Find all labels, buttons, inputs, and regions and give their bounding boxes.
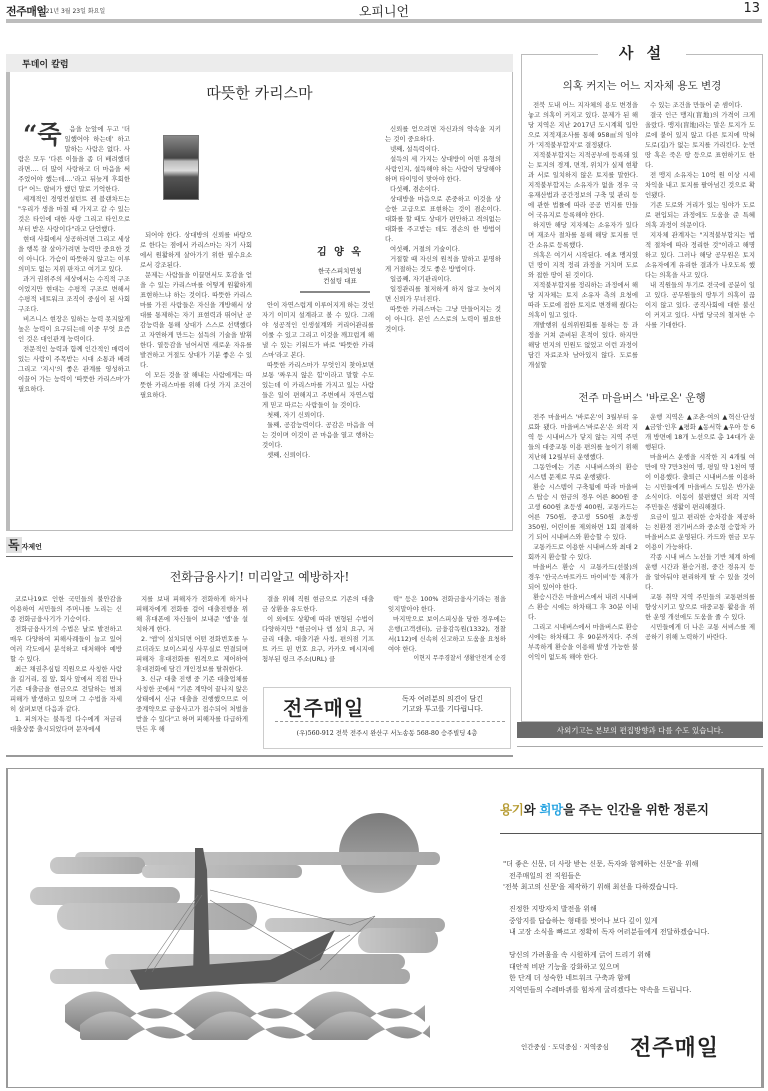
paragraph: 하지만 해당 지자체는 소유자가 있다며 재조사 절차를 통해 해당 토지를 민…: [528, 220, 638, 250]
lead-quote: “죽: [18, 125, 62, 145]
paragraph: 과거 권위주의 세상에서는 수직적 구조이었지만 현대는 수평적 구조로 변해서…: [18, 274, 130, 314]
paragraph: 세계적인 경영컨설턴트 켄 블랜차드는 "우리가 생을 마칠 때 가지고 갈 수…: [18, 194, 130, 234]
paragraph: 의혹은 여기서 시작된다. 애초 맹지였던 땅이 지적 정리 과정을 거치며 도…: [528, 250, 638, 280]
editorial-headline-2: 전주 마을버스 '바로온' 운행: [521, 390, 763, 405]
paragraph: 여섯째, 거절의 기술이다.: [385, 244, 501, 254]
paragraph: 전문적인 능력과 함께 인간적인 매력이 있는 사람이 주목받는 시대 소통과 …: [18, 344, 130, 394]
contribute-message-line: 기고와 투고를 기다립니다.: [380, 704, 505, 714]
ad-paragraph-2: 진정한 지방자치 발전을 위해 중앙지를 답습하는 형태를 벗어나 보다 깊이 …: [509, 904, 709, 939]
reader-signature: 이현지 무주경찰서 생활안전계 순경: [388, 654, 506, 664]
reader-col-1: 코로나19로 인한 국민들의 불안감을 이용하여 서민들의 주머니를 노리는 신…: [10, 594, 122, 734]
reader-col-2: 지를 보내 피해자가 전화하게 하거나 피해자에게 전화를 걸어 대출진행을 위…: [136, 594, 248, 734]
ad-slogan: 용기와 희망을 주는 인간을 위한 정론지: [500, 800, 709, 818]
reader-col-3: 결을 위해 직원 현금으로 기존의 대출금 상환을 유도한다. 이 외에도 상황…: [262, 594, 374, 664]
contribute-divider: [275, 721, 505, 722]
paragraph: 전화금융사기의 수법은 날로 발전하고 매우 다양하여 피해사례들이 늘고 있어…: [10, 624, 122, 664]
today-col-3: 안이 자연스럽게 이루어지게 하는 것인 자기 이미지 설계라고 볼 수 있다.…: [262, 300, 374, 460]
editorial-2-col-2: 운행 지역은 ▲조촌·여의 ▲혁신·단성 ▲금암·인후 ▲평화 ▲동서학 ▲우아…: [645, 412, 755, 642]
paragraph: 환승 시스템이 구축됨에 따라 마을버스 탑승 시 현금의 경우 어른 800원…: [528, 482, 638, 542]
paragraph: 결국 인근 맹지(盲地)의 가격이 크게 올랐다. 맹지(盲地)라는 말은 토지…: [645, 110, 755, 170]
reader-col-4: 릭" 등은 100% 전화금융사기라는 점을 잊지말아야 한다. 마지막으로 보…: [388, 594, 506, 664]
editorial-2-col-1: 전주 마을버스 '바로온'이 3월부터 유료화 됐다. 마을버스'바로온'은 외…: [528, 412, 638, 662]
ship-illustration: [20, 800, 460, 1040]
ad-line: 대안적 비판 기능을 강화하고 있으며: [509, 962, 691, 974]
ad-rule: [500, 833, 762, 834]
ad-line: '전북 최고의 신문'을 제작하기 위해 최선을 다하겠습니다.: [503, 882, 698, 894]
ad-logo: 전주매일: [630, 1031, 719, 1062]
paragraph: 그동안에는 기존 시내버스와의 환승 시스템 문제로 무료 운행됐다.: [528, 462, 638, 482]
paragraph: 3. 신규 대출 진행 중 기존 대출업체를 사칭한 곳에서 "기존 계약이 끝…: [136, 674, 248, 734]
paragraph: 일정관리를 철저하게 하지 않고 늦어지면 신뢰가 무너진다.: [385, 284, 501, 304]
slogan-hope: 희망: [539, 802, 563, 817]
paragraph: 설득의 세 가지는 상대방이 어떤 유형의 사람인지, 설득해야 하는 사람이 …: [385, 154, 501, 184]
paragraph: 환승시간은 마을버스에서 내려 시내버스 환승 시에는 하차태그 후 30분 이…: [528, 592, 638, 622]
author-affiliation: 한국스피치연칭 컨설팅 대표: [300, 266, 380, 286]
reader-label-small: 자제언: [22, 543, 42, 551]
paragraph: 시민들에게 더 나은 교통 서비스를 제공하기 위해 노력하기 바란다.: [645, 622, 755, 642]
reader-bottom-rule: [6, 755, 513, 757]
today-column-label: 투데이 칼럼: [6, 54, 513, 72]
paragraph: 마지막으로 보이스피싱을 당한 경우에는 은행(고객센터), 금융감독원(133…: [388, 614, 506, 654]
ad-line: "더 좋은 신문, 더 사랑 받는 신문, 독자와 함께하는 신문"을 위해: [503, 859, 698, 871]
contribute-address: (우)560-912 전북 전주시 완산구 서노송동 568-80 승주빌딩 4…: [263, 728, 511, 737]
ad-line: 지역민들의 수레바퀴를 힘차게 굴리겠다는 약속을 드립니다.: [509, 985, 691, 997]
contribute-logo: 전주매일: [283, 692, 364, 721]
author-name: 김 양 옥: [300, 243, 380, 258]
editorial-title: 사 설: [598, 42, 686, 63]
paragraph: 지적불부합지를 정리하는 과정에서 해당 지자체는 토지 소유자 측의 요청에 …: [528, 280, 638, 320]
paragraph: 되어야 한다. 상대방의 신뢰를 바탕으로 한다는 점에서 카리스마는 자기 사…: [140, 230, 252, 270]
paragraph: 운행 지역은 ▲조촌·여의 ▲혁신·단성 ▲금암·인후 ▲평화 ▲동서학 ▲우아…: [645, 412, 755, 452]
paragraph: 1. 피의자는 불특정 다수에게 저금리 대출상품 출시되었다며 문자메세: [10, 714, 122, 734]
paragraph: 셋째, 신뢰이다.: [262, 450, 374, 460]
ad-line: 진정한 지방자치 발전을 위해: [509, 904, 709, 916]
paragraph: 각종 시내 버스 노선들 기반 체계 하에 운행 시간과 환승거점, 중간 경유…: [645, 552, 755, 592]
ad-line: 내 고장 소식을 빠르고 정확히 독자 여러분들에게 전달하겠습니다.: [509, 927, 709, 939]
section-title: 오피니언: [0, 1, 768, 20]
paragraph: 요금이 있고 편리한 승차감을 제공하는 친환경 전기버스와 중소형 승합차 카…: [645, 512, 755, 552]
paragraph: 그리고 시내버스에서 마을버스로 환승 시에는 하차태그 후 90분까지다. 주…: [528, 622, 638, 662]
page-number: 13: [743, 1, 760, 16]
author-role: 컨설팅 대표: [300, 276, 380, 286]
paragraph: 전북 도내 어느 지자체의 용도 변경을 놓고 의혹이 커지고 있다. 문제가 …: [528, 100, 638, 150]
paragraph: 릭" 등은 100% 전화금융사기라는 점을 잊지말아야 한다.: [388, 594, 506, 614]
paragraph: 마을버스 운행을 시작한 지 4개월 여 만에 약 7만3천여 명, 평일 약 …: [645, 452, 755, 512]
reader-label-big: 독: [6, 537, 22, 553]
paragraph: 지적불부합지는 지적공부에 등록돼 있는 토지의 경계, 면적, 위치가 실제 …: [528, 150, 638, 220]
paragraph: 지를 보내 피해자가 전화하게 하거나 피해자에게 전화를 걸어 대출진행을 위…: [136, 594, 248, 634]
editorial-1-col-1: 전북 도내 어느 지자체의 용도 변경을 놓고 의혹이 커지고 있다. 문제가 …: [528, 100, 638, 370]
paragraph: 따뜻한 카리스마가 무엇인지 찾아보면 보통 '짜우지 않은 힘'이라고 말할 …: [262, 360, 374, 410]
ad-paragraph-3: 당신의 가려움을 속 시원하게 긁어 드리기 위해 대안적 비판 기능을 강화하…: [509, 950, 691, 996]
paragraph: 상대방을 마음으로 존중하고 이것을 상승한 고급으로 표현하는 것이 겸손이다…: [385, 194, 501, 244]
paragraph: 수 있는 조건을 만들어 준 셈이다.: [645, 100, 755, 110]
paragraph: 넷째, 설득력이다.: [385, 144, 501, 154]
paragraph: 기존 도로와 거리가 있는 임야가 도로로 편입되는 과정에도 도움을 준 특혜…: [645, 200, 755, 230]
header-rule: [6, 19, 762, 23]
paragraph: 거절할 때 자신의 원칙을 말하고 분명하게 거절하는 것도 좋은 방법이다.: [385, 254, 501, 274]
ad-motto: 인간중심 · 도덕중심 · 지역중심: [521, 1042, 609, 1051]
paragraph: 이 외에도 상황에 따라 변형된 수법이 다양하지만 "현금이나 앱 설치 요구…: [262, 614, 374, 664]
editorial-1-col-2: 수 있는 조건을 만들어 준 셈이다. 결국 인근 맹지(盲地)의 가격이 크게…: [645, 100, 755, 330]
paragraph: 이 모든 것을 잘 해내는 사람에게는 따뜻한 카리스마를 위해 다섯 가지 조…: [140, 370, 252, 400]
paragraph: 최근 채권추심팀 직원으로 사칭한 사람을 길거리, 집 앞, 회사 앞에서 직…: [10, 664, 122, 714]
paragraph: 마을버스 환승 시 교통카드(선불)의 경우 '한국스마트카드 마이비'등 제휴…: [528, 562, 638, 592]
paragraph: 교통카드로 이용한 시내버스와 최대 2회까지 환승할 수 있다.: [528, 542, 638, 562]
editorial-headline-1: 의혹 커지는 어느 지자체 용도 변경: [521, 78, 763, 93]
reader-headline: 전화금융사기! 미리알고 예방하자!: [6, 568, 513, 585]
today-col-2: 되어야 한다. 상대방의 신뢰를 바탕으로 한다는 점에서 카리스마는 자기 사…: [140, 230, 252, 400]
slogan-text: 을 주는 인간을 위한 정론지: [563, 802, 709, 817]
paragraph: 개발행위 심의위원회를 통하는 등 과정을 거쳐 준비된 흔적이 있다. 하지만…: [528, 320, 638, 370]
contribute-message: 독자 여러분의 의견이 담긴 기고와 투고를 기다립니다.: [380, 694, 505, 714]
editorial-disclaimer: 사외기고는 본보의 편집방향과 다를 수도 있습니다.: [517, 722, 763, 738]
paragraph: 지자체 관계자는 "지적불부합지는 법적 절차에 따라 정리한 것"이라고 해명…: [645, 230, 755, 280]
ad-line: 한 단계 더 성숙한 네트워크 구축과 함께: [509, 973, 691, 985]
paragraph: 2. '앱'이 설치되면 어떤 전화번호를 누르더라도 보이스피싱 사무실로 연…: [136, 634, 248, 674]
paragraph: 현대 사회에서 성공하려면 그리고 세상을 행복 잘 살아가려면 능력만 중요한…: [18, 234, 130, 274]
reader-column-label: 독자제언: [6, 536, 42, 553]
paragraph: 교통 취약 지역 주민들의 교통편의를 향상시키고 앞으로 대중교통 활용을 위…: [645, 592, 755, 622]
reader-rule: [6, 556, 513, 557]
paragraph: 문제는 사람들을 이끌면서도 호감을 얻을 수 있는 카리스마를 어떻게 원활하…: [140, 270, 252, 370]
today-col-1: “죽 음을 눈앞에 두고 '더 일했어야 하는데' 하고 말하는 사람은 없다.…: [18, 124, 130, 394]
slogan-courage: 용기: [500, 802, 524, 817]
paragraph: 첫째, 자기 신뢰이다.: [262, 410, 374, 420]
paragraph: 안이 자연스럽게 이루어지게 하는 것인 자기 이미지 설계라고 볼 수 있다.…: [262, 300, 374, 360]
ad-line: 중앙지를 답습하는 형태를 벗어나 보다 깊이 있게: [509, 916, 709, 928]
ad-line: 당신의 가려움을 속 시원하게 긁어 드리기 위해: [509, 950, 691, 962]
paragraph: 결을 위해 직원 현금으로 기존의 대출금 상환을 유도한다.: [262, 594, 374, 614]
editorial-bottom-rule: [517, 746, 763, 747]
paragraph: 내 직원들의 투기로 전국에 공분이 일고 있다. 공무원들의 땅투기 의혹이 …: [645, 280, 755, 330]
author-rule: [300, 291, 370, 293]
contribute-message-line: 독자 여러분의 의견이 담긴: [380, 694, 505, 704]
author-org: 한국스피치연칭: [300, 266, 380, 276]
today-column-headline: 따뜻한 카리스마: [6, 82, 513, 103]
paragraph: 따뜻한 카리스마는 그냥 만들어지는 것이 아니다. 본인 스스로의 노력이 필…: [385, 304, 501, 334]
paragraph: 전주 마을버스 '바로온'이 3월부터 유료화 됐다. 마을버스'바로온'은 외…: [528, 412, 638, 462]
paragraph: 신뢰를 얻으려면 자신과의 약속을 지키는 것이 중요하다.: [385, 124, 501, 144]
ad-paragraph-1: "더 좋은 신문, 더 사랑 받는 신문, 독자와 함께하는 신문"을 위해 전…: [503, 859, 698, 894]
slogan-text: 와: [524, 802, 540, 817]
paragraph: 둘째, 공감능력이다. 공감은 마음을 여는 것이며 이것이 곧 마음을 열고 …: [262, 420, 374, 450]
paragraph: 다섯째, 겸손이다.: [385, 184, 501, 194]
paragraph: 일곱째, 자기관리이다.: [385, 274, 501, 284]
paragraph: 비즈니스 현장은 일하는 능력 못지않게 높은 능력이 요구되는데 이중 무엇 …: [18, 314, 130, 344]
author-photo: [163, 135, 199, 200]
paragraph: 전 맹지 소유자는 10억 원 이상 시세차익을 내고 토지를 팔아넘긴 것으로…: [645, 170, 755, 200]
ad-line: 전주매일의 전 직원들은: [503, 871, 698, 883]
today-col-4: 신뢰를 얻으려면 자신과의 약속을 지키는 것이 중요하다. 넷째, 설득력이다…: [385, 124, 501, 334]
paragraph: 코로나19로 인한 국민들의 불안감을 이용하여 서민들의 주머니를 노리는 신…: [10, 594, 122, 624]
